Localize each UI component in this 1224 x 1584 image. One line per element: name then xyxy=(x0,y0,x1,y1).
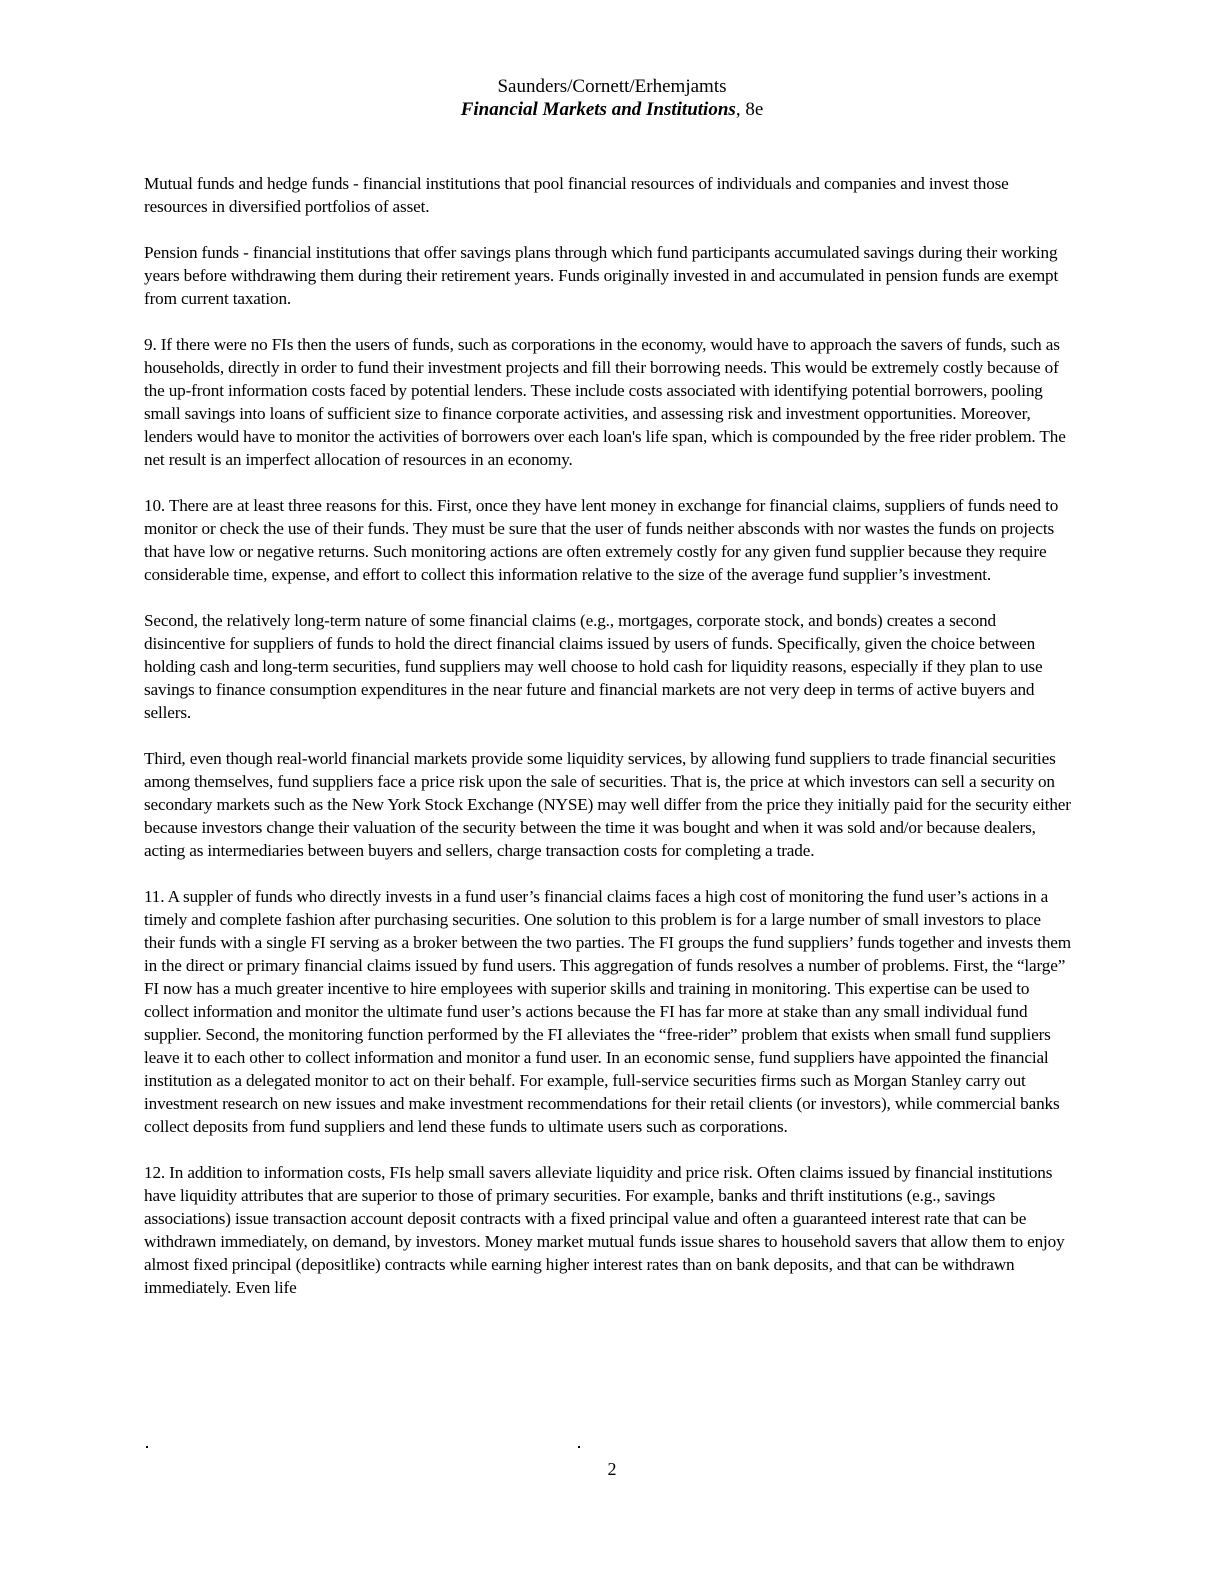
paragraph-answer-9: 9. If there were no FIs then the users o… xyxy=(144,333,1074,471)
footer-mark-center xyxy=(578,1446,580,1448)
book-title-line: Financial Markets and Institutions, 8e xyxy=(0,98,1224,121)
document-body: Mutual funds and hedge funds - financial… xyxy=(144,172,1074,1322)
paragraph-answer-12: 12. In addition to information costs, FI… xyxy=(144,1161,1074,1299)
paragraph-mutual-funds: Mutual funds and hedge funds - financial… xyxy=(144,172,1074,218)
book-title: Financial Markets and Institutions xyxy=(461,99,736,120)
paragraph-pension-funds: Pension funds - financial institutions t… xyxy=(144,241,1074,310)
paragraph-answer-10: 10. There are at least three reasons for… xyxy=(144,494,1074,586)
paragraph-answer-11: 11. A suppler of funds who directly inve… xyxy=(144,885,1074,1138)
paragraph-answer-10-second: Second, the relatively long-term nature … xyxy=(144,609,1074,724)
page-header: Saunders/Cornett/Erhemjamts Financial Ma… xyxy=(0,75,1224,121)
authors-line: Saunders/Cornett/Erhemjamts xyxy=(0,75,1224,98)
footer-mark-left xyxy=(146,1446,148,1448)
edition: , 8e xyxy=(736,99,763,120)
paragraph-answer-10-third: Third, even though real-world financial … xyxy=(144,747,1074,862)
page-number: 2 xyxy=(0,1459,1224,1479)
